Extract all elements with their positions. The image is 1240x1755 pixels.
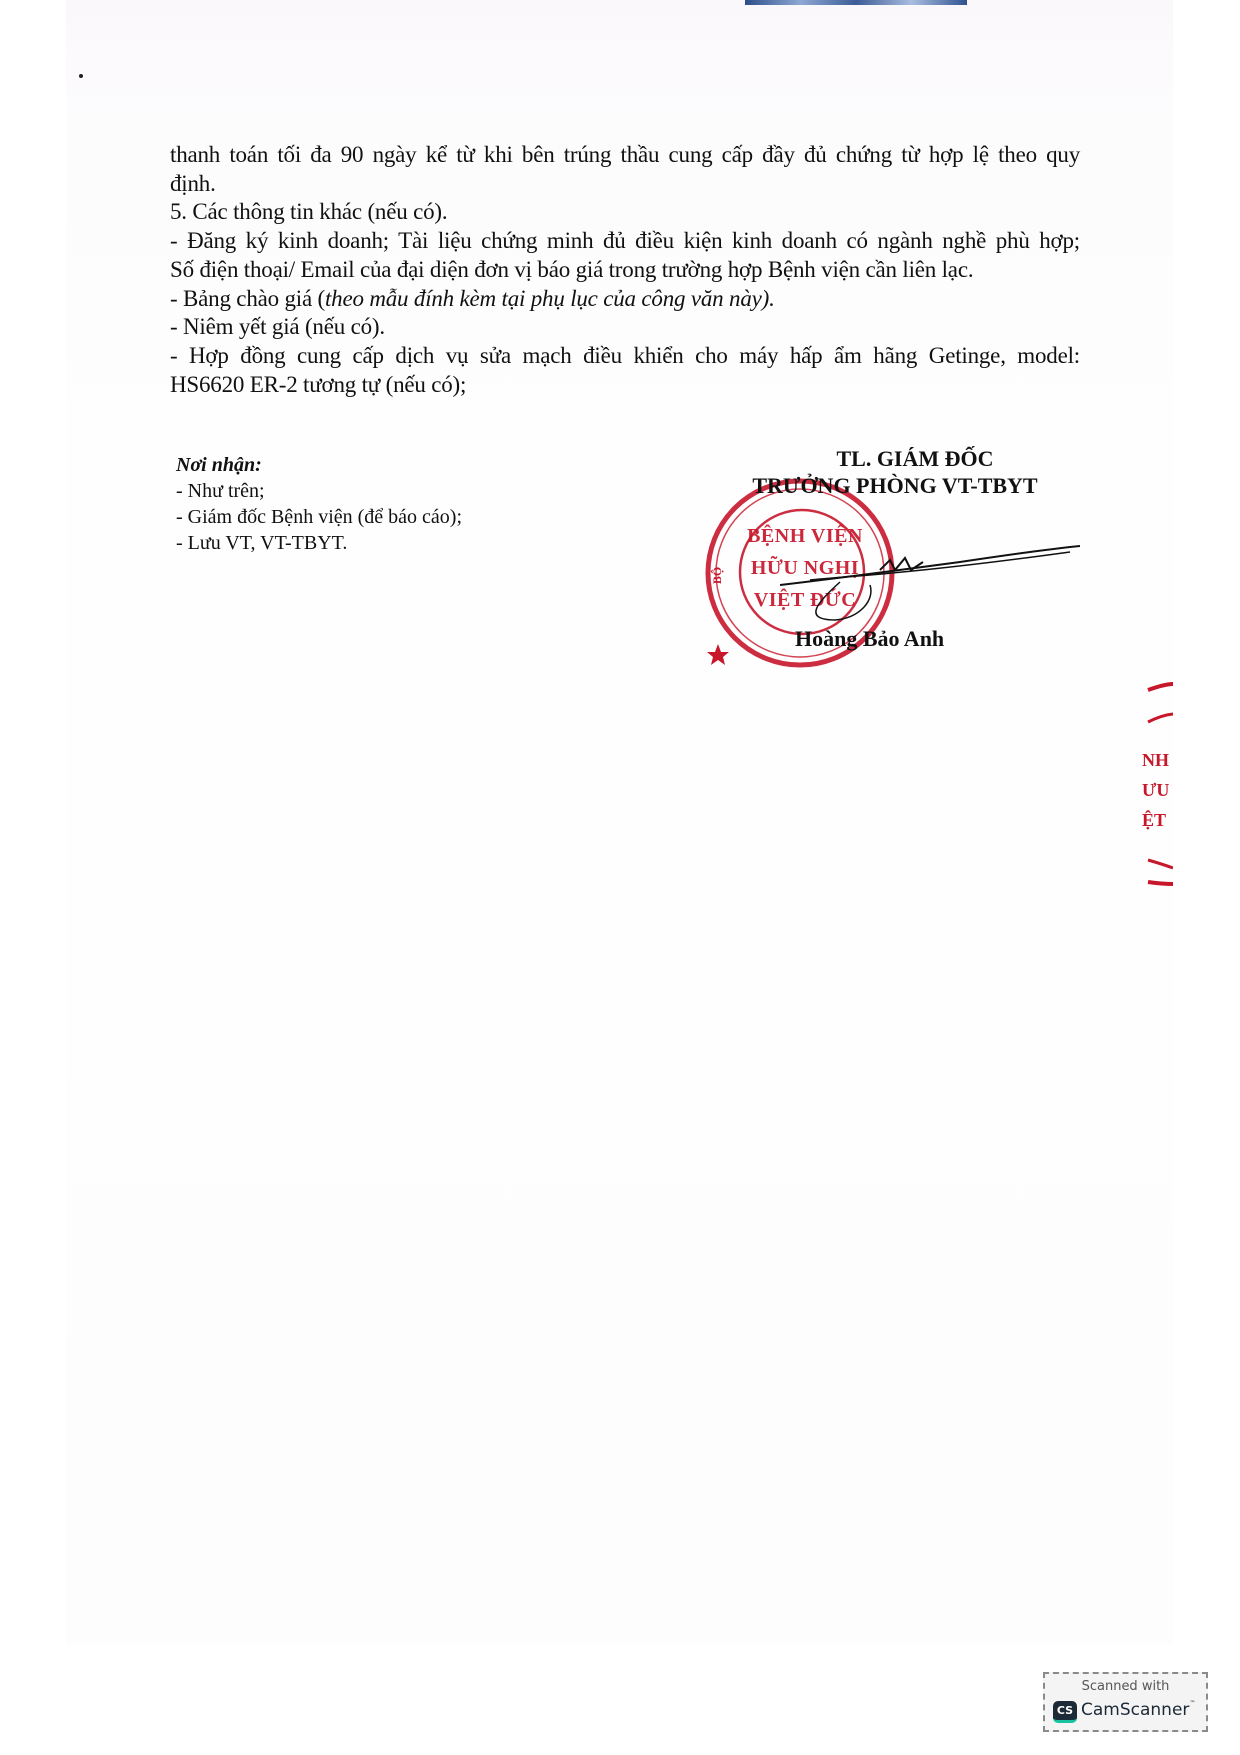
- stamp-line: BỆNH VIỆN: [740, 520, 870, 552]
- stamp-line: HỮU NGHỊ: [740, 552, 870, 584]
- scanned-with-label: Scanned with: [1045, 1679, 1206, 1694]
- partial-stamp-edge: NH ƯU ỆT: [1140, 670, 1173, 890]
- camscanner-watermark: Scanned with CS CamScanner™: [1043, 1672, 1208, 1732]
- top-scan-artifact: [745, 0, 967, 5]
- price-quote-prefix: - Bảng chào giá (: [170, 286, 325, 311]
- paragraph-line: định.: [170, 170, 1080, 199]
- signer-name: Hoàng Bảo Anh: [795, 625, 1095, 652]
- scan-speck: [79, 74, 83, 78]
- paragraph-line: Số điện thoại/ Email của đại diện đơn vị…: [170, 256, 1080, 285]
- signature-title-2: TRƯỞNG PHÒNG VT-TBYT: [700, 472, 1090, 499]
- signature-block: TL. GIÁM ĐỐC TRƯỞNG PHÒNG VT-TBYT Hoàng …: [700, 445, 1090, 499]
- stamp-fragment: ỆT: [1142, 810, 1166, 831]
- camscanner-brand: CamScanner™: [1081, 1700, 1195, 1720]
- stamp-fragment: ƯU: [1142, 780, 1169, 801]
- recipient-item: - Lưu VT, VT-TBYT.: [176, 530, 462, 556]
- price-quote-line: - Bảng chào giá (theo mẫu đính kèm tại p…: [170, 285, 1080, 314]
- recipients-heading: Nơi nhận:: [176, 452, 462, 478]
- trademark: ™: [1189, 1700, 1195, 1707]
- camscanner-logo-icon: CS: [1053, 1701, 1077, 1723]
- recipient-item: - Như trên;: [176, 478, 462, 504]
- stamp-text: BỆNH VIỆN HỮU NGHỊ VIỆT ĐỨC: [740, 520, 870, 616]
- paragraph-line: thanh toán tối đa 90 ngày kể từ khi bên …: [170, 141, 1080, 170]
- signature-title-1: TL. GIÁM ĐỐC: [740, 445, 1090, 472]
- recipients-block: Nơi nhận: - Như trên; - Giám đốc Bệnh vi…: [176, 452, 462, 556]
- paragraph-line: - Niêm yết giá (nếu có).: [170, 313, 1080, 342]
- paragraph-line: - Hợp đồng cung cấp dịch vụ sửa mạch điề…: [170, 342, 1080, 371]
- price-quote-italic: theo mẫu đính kèm tại phụ lục của công v…: [325, 286, 775, 311]
- paragraph-line: HS6620 ER-2 tương tự (nếu có);: [170, 371, 1080, 400]
- recipient-item: - Giám đốc Bệnh viện (để báo cáo);: [176, 504, 462, 530]
- body-text: thanh toán tối đa 90 ngày kể từ khi bên …: [170, 141, 1080, 399]
- stamp-line: VIỆT ĐỨC: [740, 584, 870, 616]
- brand-text: CamScanner: [1081, 1700, 1189, 1720]
- stamp-fragment: NH: [1142, 750, 1169, 771]
- section-heading: 5. Các thông tin khác (nếu có).: [170, 198, 1080, 227]
- stamp-side-text: BỘ: [710, 567, 725, 584]
- paragraph-line: - Đăng ký kinh doanh; Tài liệu chứng min…: [170, 227, 1080, 256]
